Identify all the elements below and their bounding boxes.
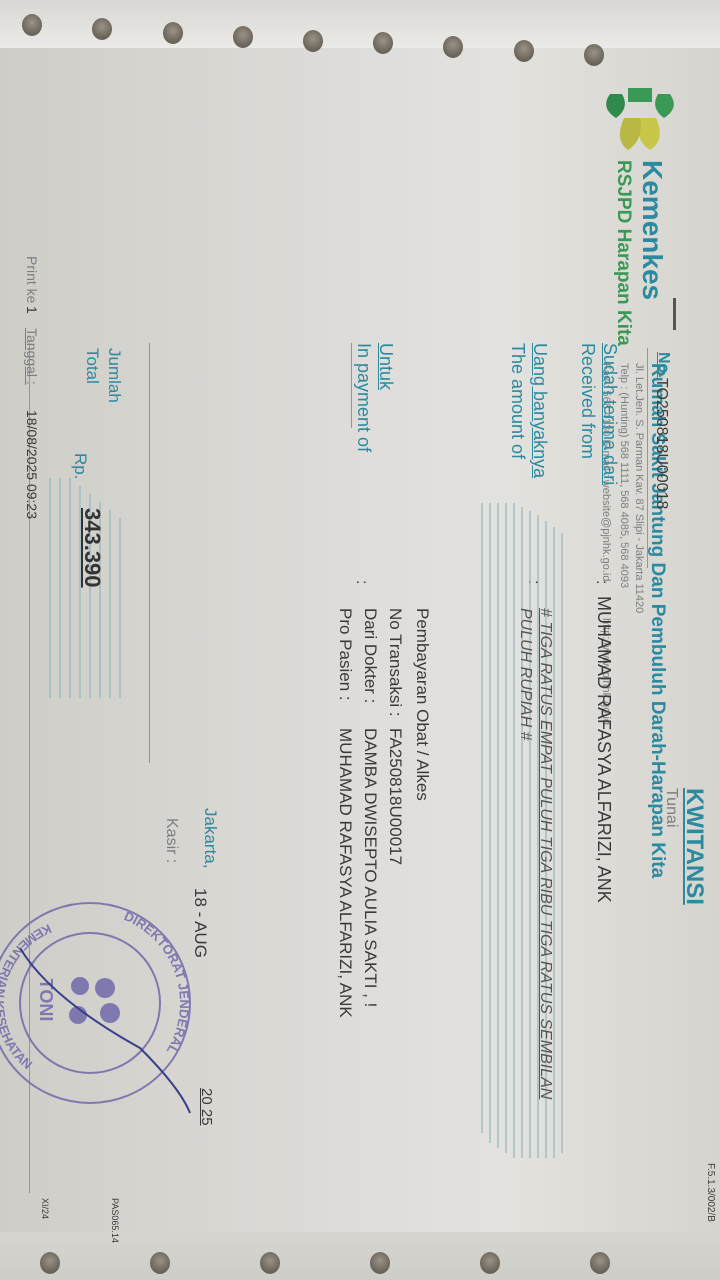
print-count-label: Print ke: [24, 256, 40, 303]
divider: [647, 348, 648, 568]
sprocket-hole: [480, 1252, 500, 1274]
total-label-id: Jumlah: [104, 348, 124, 403]
sprocket-hole: [590, 1252, 610, 1274]
print-count: 1: [24, 306, 40, 314]
transaction-number: FA250818U00017: [385, 728, 405, 865]
receipt-document: Kemenkes RSJPD Harapan Kita Rumah Sakit …: [20, 48, 720, 1228]
place-label: Jakarta,: [200, 808, 220, 868]
receipt-number: TO250818U00018: [652, 378, 670, 509]
patient-label: Pro Pasien :: [335, 608, 355, 701]
cashier-label: Kasir :: [162, 818, 180, 863]
receipt-subtitle: Tunai: [662, 788, 680, 827]
doctor-name: DAMBA DWISEPTO AULIA SAKTI , !: [360, 728, 380, 1007]
brand-unit: RSJPD Harapan Kita: [612, 160, 634, 346]
sprocket-hole: [163, 22, 183, 44]
patient-name: MUHAMAD RAFASYA ALFARIZI, ANK: [335, 728, 355, 1018]
print-date-label: Tanggal :: [24, 328, 40, 385]
received-from-value: MUHAMAD RAFASYA ALFARIZI, ANK: [593, 596, 614, 903]
stamp-name: TONI: [36, 979, 56, 1022]
sprocket-hole: [233, 26, 253, 48]
kemenkes-logo-icon: [600, 88, 680, 152]
amount-security-lines: [476, 503, 568, 1163]
doctor-label: Dari Dokter :: [360, 608, 380, 703]
payment-for-label-id: Untuk: [375, 343, 396, 390]
receipt-year: 20 25: [198, 1088, 215, 1126]
sprocket-hole: [92, 18, 112, 40]
transaction-label: No Transaksi :: [385, 608, 405, 717]
sprocket-hole: [260, 1252, 280, 1274]
sprocket-hole: [370, 1252, 390, 1274]
currency-label: Rp.: [70, 453, 90, 479]
form-revision: XI/24: [40, 1198, 50, 1219]
colon: :: [592, 580, 610, 584]
divider: [351, 343, 352, 428]
colon: :: [352, 580, 370, 584]
brand-name: Kemenkes: [636, 160, 668, 300]
hospital-address: Jl. Let.Jen. S. Parman Kav. 87 Slipi - J…: [633, 363, 645, 613]
signature-stroke: [20, 948, 190, 1113]
pen-mark: [673, 298, 676, 330]
form-code: PAS065.14: [110, 1198, 120, 1243]
sprocket-strip-top: [0, 0, 720, 48]
received-from-label-en: Received from: [577, 343, 598, 459]
received-from-label-id: Sudah terima dari: [599, 343, 620, 485]
amount-label-en: The amount of: [507, 343, 528, 459]
payment-for-label-en: In payment of: [353, 343, 374, 452]
official-stamp-icon: DIREKTORAT JENDERAL KEMENTERIAN KESEHATA…: [0, 888, 200, 1118]
payment-title: Pembayaran Obat / Alkes: [412, 608, 432, 801]
amount-in-words-line-1: # TIGA RATUS EMPAT PULUH TIGA RIBU TIGA …: [536, 608, 554, 1099]
divider: [149, 343, 150, 763]
receipt-number-label: No.: [654, 352, 672, 378]
receipt-title: KWITANSI: [680, 788, 708, 905]
sprocket-hole: [22, 14, 42, 36]
print-date: 18/08/2025 09:23: [24, 410, 40, 519]
amount-in-words-line-2: PULUH RUPIAH #: [516, 608, 534, 740]
sprocket-hole: [150, 1252, 170, 1274]
sprocket-hole: [40, 1252, 60, 1274]
total-label-en: Total: [82, 348, 102, 384]
amount-label-id: Uang banyaknya: [529, 343, 550, 478]
total-amount: 343.390: [79, 508, 105, 588]
document-code: F.5.1.3/002/B: [705, 1163, 716, 1222]
sprocket-strip-bottom: [0, 1232, 720, 1280]
